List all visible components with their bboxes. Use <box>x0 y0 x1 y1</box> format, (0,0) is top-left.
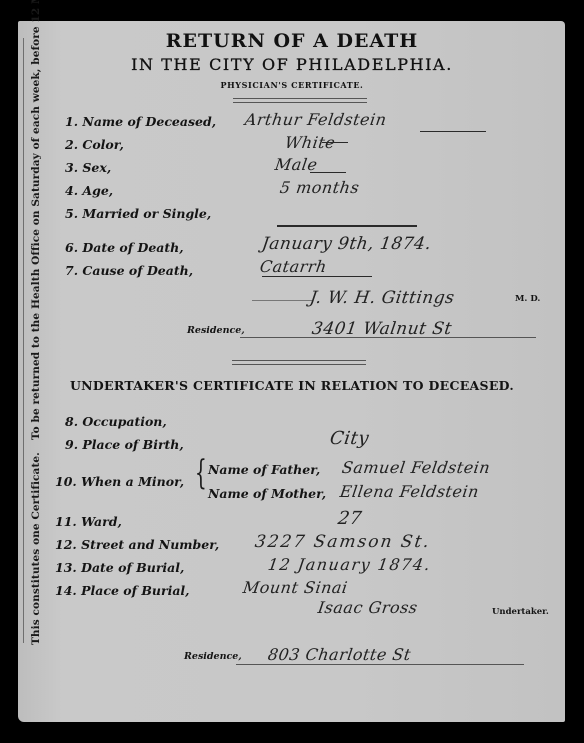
field-value-mother: Ellena Feldstein <box>339 482 481 501</box>
field-label-place-of-burial: 14. Place of Burial, <box>55 583 190 598</box>
field-label-ward: 11. Ward, <box>55 514 122 529</box>
underline <box>262 276 372 277</box>
field-value-ward: 27 <box>337 508 364 529</box>
field-label-when-minor: 10. When a Minor, <box>55 474 184 489</box>
field-label-sex: 3. Sex, <box>65 160 111 175</box>
side-rule <box>23 38 24 643</box>
field-value-father: Samuel Feldstein <box>341 458 492 477</box>
underline <box>420 131 486 132</box>
field-label-name: 1. Name of Deceased, <box>65 114 216 129</box>
document-subtitle: IN THE CITY OF PHILADELPHIA. <box>0 55 584 74</box>
signature-line <box>252 300 312 301</box>
field-value-name: Arthur Feldstein <box>244 110 388 129</box>
field-label-color: 2. Color, <box>65 137 124 152</box>
undertaker-section-title: UNDERTAKER'S CERTIFICATE IN RELATION TO … <box>0 378 584 393</box>
field-label-street: 12. Street and Number, <box>55 537 219 552</box>
field-label-occupation: 8. Occupation, <box>65 414 167 429</box>
undertaker-signature: Isaac Gross <box>317 598 419 617</box>
field-value-place-of-birth: City <box>329 428 371 449</box>
underline <box>277 225 417 227</box>
brace: { <box>195 456 207 490</box>
side-note: This constitutes one Certificate.To be r… <box>30 0 42 645</box>
undertaker-residence: 803 Charlotte St <box>267 645 413 664</box>
field-value-place-of-burial: Mount Sinai <box>242 578 349 597</box>
undertaker-residence-label: Residence, <box>184 651 242 662</box>
field-value-cause-of-death: Catarrh <box>259 257 329 276</box>
field-label-date-of-death: 6. Date of Death, <box>65 240 184 255</box>
residence-line <box>236 664 524 665</box>
field-label-mother: Name of Mother, <box>208 486 326 501</box>
underline <box>322 142 348 143</box>
field-value-date-of-death: January 9th, 1874. <box>261 234 433 254</box>
title-divider <box>233 98 367 103</box>
field-value-date-of-burial: 12 January 1874. <box>267 555 433 574</box>
physician-residence-label: Residence, <box>187 325 245 336</box>
field-label-date-of-burial: 13. Date of Burial, <box>55 560 184 575</box>
field-label-age: 4. Age, <box>65 183 113 198</box>
field-value-street: 3227 Samson St. <box>254 532 433 552</box>
field-label-married: 5. Married or Single, <box>65 206 211 221</box>
field-value-age: 5 months <box>279 178 361 197</box>
field-label-place-of-birth: 9. Place of Birth, <box>65 437 184 452</box>
undertaker-signature-suffix: Undertaker. <box>492 607 549 617</box>
physician-signature: J. W. H. Gittings <box>309 288 456 308</box>
underline <box>310 172 346 173</box>
section-divider <box>232 360 366 365</box>
physician-signature-suffix: M. D. <box>515 294 540 304</box>
field-label-cause-of-death: 7. Cause of Death, <box>65 263 193 278</box>
document-title: RETURN OF A DEATH <box>0 30 584 52</box>
physician-section-title: PHYSICIAN'S CERTIFICATE. <box>0 80 584 90</box>
physician-residence: 3401 Walnut St <box>311 319 454 339</box>
side-note-part1: This constitutes one Certificate. <box>30 452 42 645</box>
field-label-father: Name of Father, <box>208 462 320 477</box>
